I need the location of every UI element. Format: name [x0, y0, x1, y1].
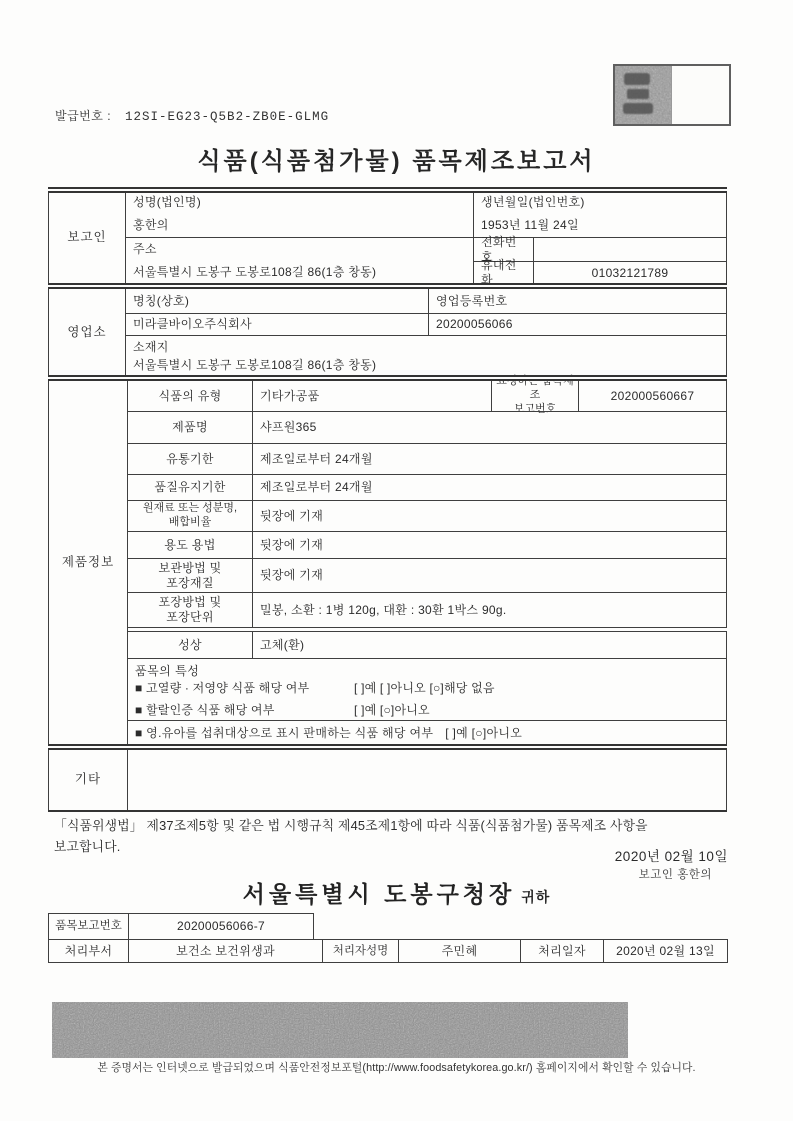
reporter-name-cell: 성명(법인명) 홍한의 — [125, 190, 474, 238]
quality-period-value-cell: 제조일로부터 24개월 — [252, 474, 727, 501]
trait-item-3-choices: [ ]예 [○]아니오 — [445, 726, 522, 741]
reporter-address-label: 주소 — [133, 242, 157, 257]
reporter-address-value: 서울특별시 도봉구 도봉로108길 86(1층 창동) — [133, 265, 376, 280]
stamp-blank-half — [672, 66, 729, 124]
reporter-mobile-label-cell: 휴대전화 — [473, 261, 534, 285]
dept-value: 보건소 보건위생과 — [176, 944, 275, 959]
product-name-label-cell: 제품명 — [127, 411, 253, 444]
business-section-text: 영업소 — [67, 325, 106, 341]
storage-value: 뒷장에 기재 — [260, 568, 323, 583]
shelf-life-value: 제조일로부터 24개월 — [260, 452, 373, 467]
business-name-label: 명칭(상호) — [133, 294, 189, 309]
reporter-address-cell: 주소 서울특별시 도봉구 도봉로108길 86(1층 창동) — [125, 237, 474, 285]
ingredients-value-cell: 뒷장에 기재 — [252, 500, 727, 532]
quality-period-value: 제조일로부터 24개월 — [260, 480, 373, 495]
business-name-label-cell: 명칭(상호) — [125, 288, 429, 314]
report-no-value: 20200056066-7 — [177, 919, 265, 934]
reporter-name-value: 홍한의 — [133, 218, 169, 233]
dept-label-cell: 처리부서 — [48, 939, 129, 963]
appearance-label: 성상 — [178, 638, 202, 653]
reporter-name-label: 성명(법인명) — [133, 195, 201, 210]
packaging-label-line1: 포장방법 및 — [158, 595, 221, 610]
reporter-mobile-value: 01032121789 — [592, 266, 669, 281]
issue-number-value: 12SI-EG23-Q5B2-ZB0E-GLMG — [125, 110, 329, 124]
trait-item-2-text: ■ 할랄인증 식품 해당 여부 — [135, 701, 275, 718]
stamp-noise-half — [615, 66, 672, 124]
business-reg-value: 20200056066 — [436, 317, 513, 332]
handler-label: 처리자성명 — [333, 944, 389, 958]
trait-item-2-choices: [ ]예 [○]아니오 — [354, 701, 430, 718]
handler-label-cell: 처리자성명 — [322, 939, 399, 963]
section-divider — [48, 187, 727, 193]
reporter-phone-value-cell — [533, 237, 727, 262]
report-date: 2020년 02월 10일 — [400, 845, 728, 865]
reporter-mobile-value-cell: 01032121789 — [533, 261, 727, 285]
trait-infant-wrap: ■ 영.유아를 섭취대상으로 표시 판매하는 식품 해당 여부 [ ]예 [○]… — [135, 726, 522, 741]
issue-number-line: 발급번호 :12SI-EG23-Q5B2-ZB0E-GLMG — [55, 107, 329, 124]
statement-line1: 「식품위생법」 제37조제5항 및 같은 법 시행규칙 제45조제1항에 따라 … — [54, 818, 648, 833]
request-no-label-cell: 요청하는 품목제조 보고번호 — [491, 380, 579, 412]
storage-label-cell: 보관방법 및 포장재질 — [127, 558, 253, 593]
business-reg-value-cell: 20200056066 — [428, 313, 727, 336]
product-type-value: 기타가공품 — [260, 389, 319, 404]
business-location-cell: 소재지 서울특별시 도봉구 도봉로108길 86(1층 창동) — [125, 335, 727, 378]
process-date-label: 처리일자 — [538, 944, 586, 959]
usage-label: 용도 용법 — [164, 538, 215, 553]
storage-value-cell: 뒷장에 기재 — [252, 558, 727, 593]
addressee-main: 서울특별시 도봉구청장 — [243, 881, 516, 907]
issue-number-label: 발급번호 : — [55, 109, 111, 123]
footer-note: 본 증명서는 인터넷으로 발급되었으며 식품안전정보포털(http://www.… — [0, 1060, 793, 1075]
etc-label: 기타 — [75, 772, 101, 788]
ingredients-label-line2: 배합비율 — [169, 516, 212, 530]
business-reg-label-cell: 영업등록번호 — [428, 288, 727, 314]
storage-label-line1: 보관방법 및 — [158, 561, 221, 576]
traits-title: 품목의 특성 — [135, 662, 199, 679]
ingredients-label-cell: 원재료 또는 성분명, 배합비율 — [127, 500, 253, 532]
etc-label-cell: 기타 — [48, 748, 128, 812]
addressee-suffix: 귀하 — [521, 889, 550, 905]
appearance-label-cell: 성상 — [127, 631, 253, 659]
report-no-label: 품목보고번호 — [55, 919, 122, 933]
business-reg-label: 영업등록번호 — [436, 294, 507, 309]
business-location-label: 소재지 — [133, 340, 169, 355]
table-bottom-line — [48, 810, 727, 812]
document-sheet: 발급번호 :12SI-EG23-Q5B2-ZB0E-GLMG 식품(식품첨가물)… — [0, 0, 793, 1121]
section-divider — [48, 375, 727, 381]
business-name-value: 미라클바이오주식회사 — [133, 317, 252, 332]
approval-stamp — [613, 64, 731, 126]
product-name-label: 제품명 — [172, 420, 208, 435]
handler-value-cell: 주민혜 — [398, 939, 521, 963]
product-name-value: 샤프원365 — [260, 420, 317, 435]
reporter-birth-value: 1953년 11월 24일 — [481, 218, 579, 233]
appearance-value-cell: 고체(환) — [252, 631, 727, 659]
request-no-value: 202000560667 — [611, 389, 695, 404]
stamp-glyph-blob — [627, 89, 649, 99]
storage-label-line2: 포장재질 — [166, 576, 214, 591]
packaging-value: 밀봉, 소환 : 1병 120g, 대환 : 30환 1박스 90g. — [260, 603, 507, 618]
traits-box: 품목의 특성 ■ 고열량 · 저영양 식품 해당 여부 [ ]예 [ ]아니오 … — [127, 658, 727, 721]
report-no-value-cell: 20200056066-7 — [128, 913, 314, 940]
usage-value: 뒷장에 기재 — [260, 538, 323, 553]
packaging-value-cell: 밀봉, 소환 : 1병 120g, 대환 : 30환 1박스 90g. — [252, 592, 727, 628]
usage-label-cell: 용도 용법 — [127, 531, 253, 559]
process-date-value: 2020년 02월 13일 — [616, 944, 715, 959]
trait-item-3-text: ■ 영.유아를 섭취대상으로 표시 판매하는 식품 해당 여부 — [135, 726, 433, 741]
business-location-value: 서울특별시 도봉구 도봉로108길 86(1층 창동) — [133, 358, 376, 373]
shelf-life-label-cell: 유통기한 — [127, 443, 253, 475]
dept-value-cell: 보건소 보건위생과 — [128, 939, 323, 963]
product-type-label: 식품의 유형 — [158, 389, 221, 404]
ingredients-value: 뒷장에 기재 — [260, 509, 323, 524]
dept-label: 처리부서 — [65, 944, 113, 959]
ingredients-label-line1: 원재료 또는 성분명, — [143, 502, 237, 516]
quality-period-label: 품질유지기한 — [154, 480, 225, 495]
packaging-label-cell: 포장방법 및 포장단위 — [127, 592, 253, 628]
product-section-text: 제품정보 — [62, 555, 114, 571]
shelf-life-value-cell: 제조일로부터 24개월 — [252, 443, 727, 475]
addressee-line: 서울특별시 도봉구청장귀하 — [0, 876, 793, 909]
product-type-value-cell: 기타가공품 — [252, 380, 492, 412]
stamp-glyph-blob — [623, 103, 653, 114]
shelf-life-label: 유통기한 — [166, 452, 214, 467]
usage-value-cell: 뒷장에 기재 — [252, 531, 727, 559]
noise-texture — [52, 1002, 628, 1058]
business-name-value-cell: 미라클바이오주식회사 — [125, 313, 429, 336]
section-divider — [48, 283, 727, 289]
section-divider — [48, 744, 727, 750]
handler-value: 주민혜 — [442, 944, 478, 959]
product-name-value-cell: 샤프원365 — [252, 411, 727, 444]
reporter-birth-cell: 생년월일(법인번호) 1953년 11월 24일 — [473, 190, 727, 238]
report-no-label-cell: 품목보고번호 — [48, 913, 129, 940]
statement-line2: 보고합니다. — [54, 839, 121, 854]
reporter-birth-label: 생년월일(법인번호) — [481, 195, 585, 210]
trait-item-1-text: ■ 고열량 · 저영양 식품 해당 여부 — [135, 679, 309, 696]
packaging-label-line2: 포장단위 — [166, 610, 214, 625]
request-no-value-cell: 202000560667 — [578, 380, 727, 412]
trait-infant-row: ■ 영.유아를 섭취대상으로 표시 판매하는 식품 해당 여부 [ ]예 [○]… — [127, 720, 727, 746]
appearance-value: 고체(환) — [260, 638, 304, 653]
process-date-value-cell: 2020년 02월 13일 — [603, 939, 728, 963]
business-section-label: 영업소 — [48, 288, 126, 378]
quality-period-label-cell: 품질유지기한 — [127, 474, 253, 501]
reporter-section-text: 보고인 — [67, 230, 106, 246]
process-date-label-cell: 처리일자 — [520, 939, 604, 963]
anti-copy-noise-band — [52, 1002, 628, 1058]
product-section-label: 제품정보 — [48, 380, 128, 746]
trait-item-1-choices: [ ]예 [ ]아니오 [○]해당 없음 — [354, 679, 495, 696]
product-type-label-cell: 식품의 유형 — [127, 380, 253, 412]
etc-value-cell — [127, 748, 727, 812]
reporter-section-label: 보고인 — [48, 190, 126, 285]
document-title: 식품(식품첨가물) 품목제조보고서 — [0, 141, 793, 176]
stamp-glyph-blob — [624, 73, 650, 85]
